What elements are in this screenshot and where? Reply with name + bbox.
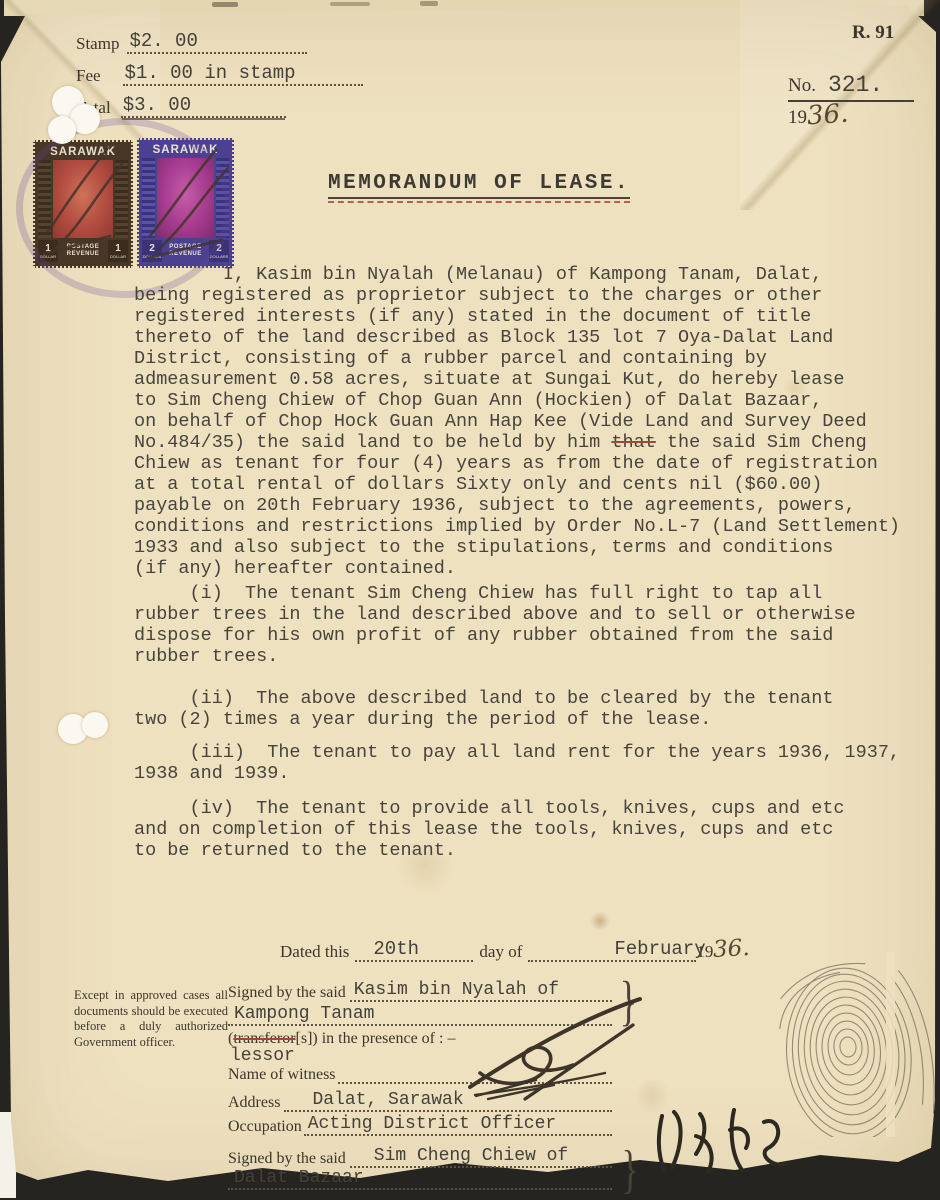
year-handwritten: 36. — [806, 99, 849, 132]
signed1-name: Kasim bin Nyalah of — [354, 980, 559, 1000]
clause-ii: (ii) The above described land to be clea… — [134, 688, 940, 730]
stamp-fee-dotline: $2. 00 — [127, 28, 307, 54]
stamp-fee-label: Stamp — [76, 34, 119, 54]
brace-lessor: } — [620, 971, 637, 1033]
occupation-value: Acting District Officer — [308, 1114, 556, 1134]
stamp-fee-row: Stamp $2. 00 — [76, 28, 376, 54]
punch-hole — [48, 116, 76, 144]
fee-value: $1. 00 in stamp — [125, 62, 296, 84]
occupation-label: Occupation — [228, 1118, 302, 1136]
presence-post: [s]) in the presence of : – — [296, 1030, 456, 1047]
signed-by-lessor-row: Signed by the said Kasim bin Nyalah of — [228, 976, 612, 1002]
signed1-dotline2: Kampong Tanam — [228, 1000, 612, 1026]
address-dotline: Dalat, Sarawak — [284, 1086, 612, 1112]
line9-pre: No.484/35) the said land to be held by h… — [134, 432, 611, 453]
number-label: No. — [788, 75, 816, 96]
page-title: MEMORANDUM OF LEASE. — [328, 172, 630, 199]
struck-word-that: that — [611, 432, 655, 453]
lease-paragraph-part2: Chiew as tenant for four (4) years as fr… — [134, 453, 940, 579]
lease-paragraph-part1: I, Kasim bin Nyalah (Melanau) of Kampong… — [134, 264, 940, 432]
dated-line: Dated this 20th day of February 1936. — [280, 934, 750, 962]
address-value: Dalat, Sarawak — [312, 1090, 463, 1110]
lessor-address-row: Kampong Tanam — [228, 1000, 612, 1026]
cutoff-text-remnant — [420, 1, 438, 6]
scanned-document: Stamp $2. 00 Fee $1. 00 in stamp Total $… — [0, 0, 940, 1200]
fee-label: Fee — [76, 66, 101, 86]
total-value: $3. 00 — [123, 94, 191, 116]
title-block: MEMORANDUM OF LEASE. — [328, 172, 630, 203]
line9-post: the said Sim Cheng — [656, 432, 867, 453]
clause-iii: (iii) The tenant to pay all land rent fo… — [134, 742, 940, 784]
signed1-dotline: Kasim bin Nyalah of — [350, 976, 612, 1002]
cutoff-text-remnant — [330, 2, 370, 6]
title-red-underline — [328, 201, 630, 203]
signed2-name: Sim Cheng Chiew of — [374, 1146, 568, 1166]
witness-row: Name of witness — [228, 1060, 612, 1084]
witness-label: Name of witness — [228, 1066, 336, 1084]
year-printed: 19 — [788, 107, 807, 128]
signed2-name2: Dalat Bazaar — [234, 1168, 364, 1188]
fee-row: Fee $1. 00 in stamp — [76, 60, 406, 86]
struck-word-transferor: transferor — [233, 1030, 295, 1047]
witness-dotline — [338, 1060, 612, 1084]
document-number-block: No. 321. 1936. — [788, 72, 914, 130]
clause-iv: (iv) The tenant to provide all tools, kn… — [134, 798, 940, 861]
total-row: Total $3. 00 — [76, 92, 376, 118]
address-row: Address Dalat, Sarawak — [228, 1086, 612, 1112]
dated-of: day of — [479, 942, 522, 962]
punch-hole — [82, 712, 108, 738]
occupation-dotline: Acting District Officer — [304, 1110, 612, 1136]
stamp-fee-value: $2. 00 — [129, 30, 197, 52]
dated-day: 20th — [373, 938, 419, 960]
dated-day-dotline: 20th — [355, 934, 473, 962]
brace-tenant: } — [622, 1139, 639, 1200]
number-value: 321. — [828, 72, 883, 98]
dated-year-handwritten: 36. — [713, 935, 751, 963]
dated-month-dotline: February — [528, 934, 696, 962]
total-dotline: $3. 00 — [121, 92, 286, 118]
tenant-address-row: Dalat Bazaar — [228, 1164, 612, 1190]
lease-paragraph-line9: No.484/35) the said land to be held by h… — [134, 432, 940, 453]
form-code: R. 91 — [852, 22, 894, 44]
dated-month: February — [614, 938, 705, 960]
dated-prefix: Dated this — [280, 942, 349, 962]
cutoff-text-remnant — [212, 2, 238, 7]
signed1-name2: Kampong Tanam — [234, 1004, 374, 1024]
clause-i: (i) The tenant Sim Cheng Chiew has full … — [134, 583, 940, 667]
signed2-dotline2: Dalat Bazaar — [228, 1164, 612, 1190]
fee-dotline: $1. 00 in stamp — [123, 60, 363, 86]
occupation-row: Occupation Acting District Officer — [228, 1110, 612, 1136]
margin-note: Except in approved cases all documents s… — [74, 988, 228, 1050]
